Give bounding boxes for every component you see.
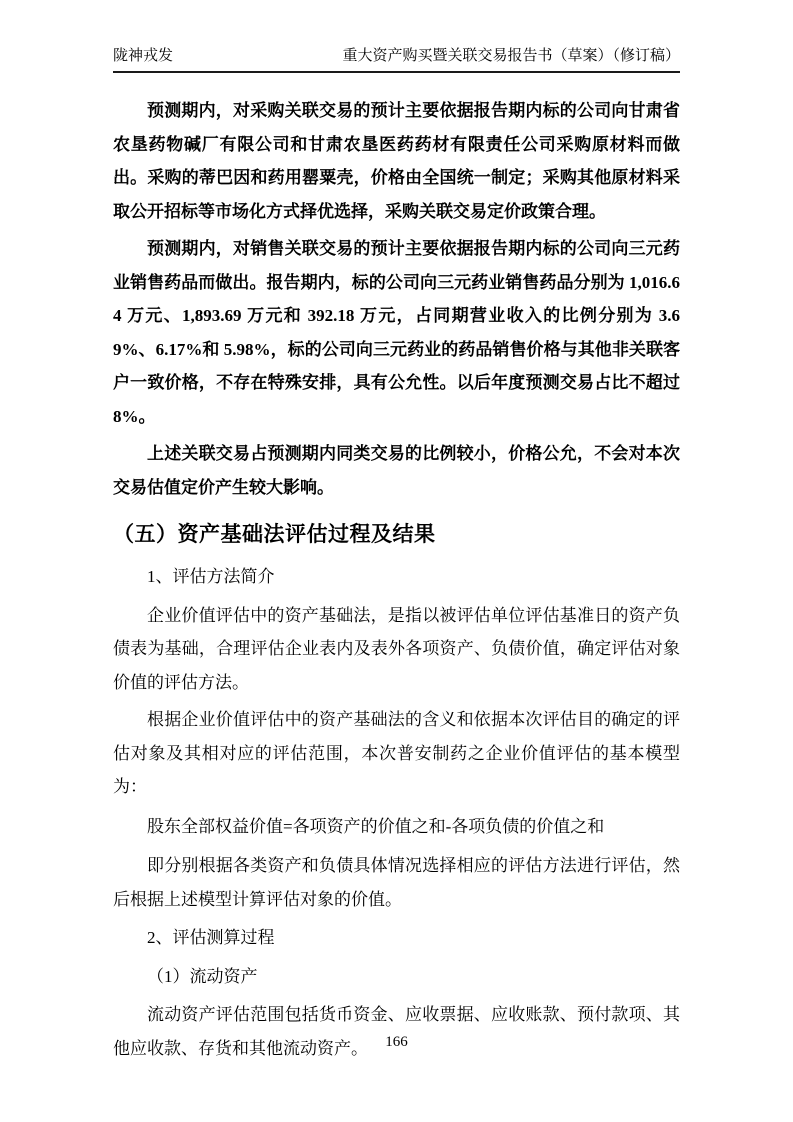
paragraph-sales-related-transactions: 预测期内，对销售关联交易的预计主要依据报告期内标的公司向三元药业销售药品而做出。… [113,232,680,433]
header-company-name: 陇神戎发 [113,46,173,66]
paragraph-purchase-related-transactions: 预测期内，对采购关联交易的预计主要依据报告期内标的公司向甘肃省农垦药物碱厂有限公… [113,94,680,228]
page-header: 陇神戎发 重大资产购买暨关联交易报告书（草案）（修订稿） [113,46,680,73]
document-body: 预测期内，对采购关联交易的预计主要依据报告期内标的公司向甘肃省农垦药物碱厂有限公… [113,73,680,1065]
document-page: 陇神戎发 重大资产购买暨关联交易报告书（草案）（修订稿） 预测期内，对采购关联交… [0,0,793,1122]
equity-value-formula: 股东全部权益价值=各项资产的价值之和-各项负债的价值之和 [113,810,680,844]
sub-heading-valuation-process: 2、评估测算过程 [113,921,680,955]
paragraph-method-definition: 企业价值评估中的资产基础法，是指以被评估单位评估基准日的资产负债表为基础，合理评… [113,599,680,700]
header-report-title: 重大资产购买暨关联交易报告书（草案）（修订稿） [342,46,680,66]
page-number: 166 [0,1032,793,1052]
paragraph-valuation-model: 根据企业价值评估中的资产基础法的含义和依据本次评估目的确定的评估对象及其相对应的… [113,703,680,804]
paragraph-related-transactions-conclusion: 上述关联交易占预测期内同类交易的比例较小，价格公允，不会对本次交易估值定价产生较… [113,437,680,504]
sub-heading-method-intro: 1、评估方法简介 [113,560,680,594]
section-heading-asset-based-method: （五）资产基础法评估过程及结果 [113,521,680,549]
paragraph-model-application: 即分别根据各类资产和负债具体情况选择相应的评估方法进行评估，然后根据上述模型计算… [113,849,680,916]
sub-heading-current-assets: （1）流动资产 [113,960,680,994]
